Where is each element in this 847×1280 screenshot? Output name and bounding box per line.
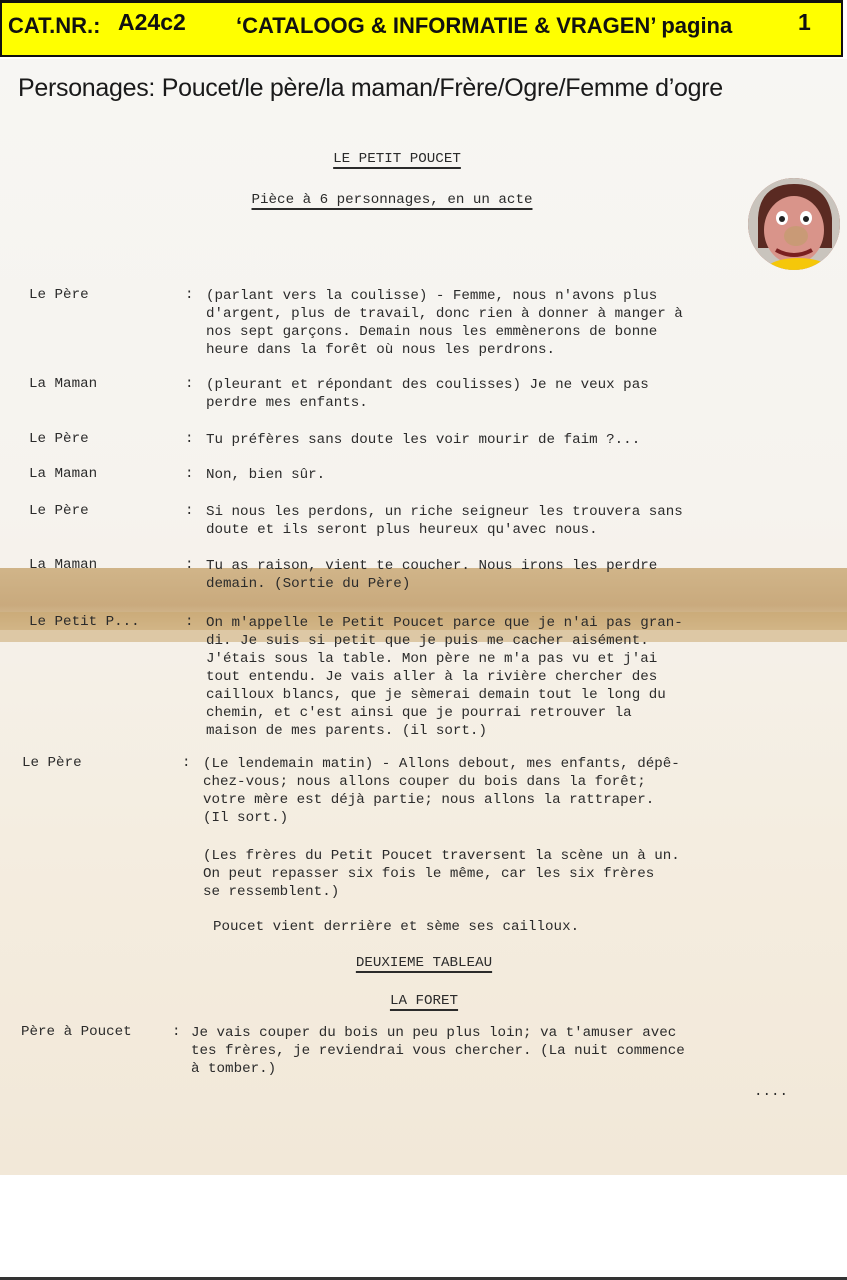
speaker-colon: : bbox=[185, 503, 194, 519]
speaker-name: Le Père bbox=[29, 503, 89, 519]
section-title: DEUXIEME TABLEAU bbox=[0, 955, 847, 971]
dialogue-text: Tu préfères sans doute les voir mourir d… bbox=[206, 431, 816, 449]
catalog-number: A24c2 bbox=[118, 9, 186, 36]
speaker-name: La Maman bbox=[29, 557, 97, 573]
personages-list: Personages: Poucet/le père/la maman/Frèr… bbox=[18, 74, 723, 103]
speaker-colon: : bbox=[185, 287, 194, 303]
catalog-title: ‘CATALOOG & INFORMATIE & VRAGEN’ pagina bbox=[236, 13, 732, 39]
speaker-name: Le Père bbox=[29, 287, 89, 303]
speaker-colon: : bbox=[185, 557, 194, 573]
petit-poucet-mask-icon bbox=[748, 178, 840, 270]
speaker-name: La Maman bbox=[29, 466, 97, 482]
stage-direction-text: Poucet vient derrière et sème ses caillo… bbox=[213, 918, 823, 936]
section-subtitle: LA FORET bbox=[0, 993, 847, 1009]
document-title: LE PETIT POUCET bbox=[0, 151, 794, 167]
speaker-name: La Maman bbox=[29, 376, 97, 392]
dialogue-text: (parlant vers la coulisse) - Femme, nous… bbox=[206, 287, 816, 359]
dialogue-text: Si nous les perdons, un riche seigneur l… bbox=[206, 503, 816, 539]
speaker-name: Le Père bbox=[22, 755, 82, 771]
speaker-colon: : bbox=[172, 1024, 181, 1040]
poucet-portrait-image bbox=[748, 178, 840, 270]
stage-direction-text: (Les frères du Petit Poucet traversent l… bbox=[203, 847, 813, 901]
page-number: 1 bbox=[798, 9, 811, 36]
speaker-colon: : bbox=[185, 431, 194, 447]
dialogue-text: On m'appelle le Petit Poucet parce que j… bbox=[206, 614, 816, 740]
speaker-colon: : bbox=[182, 755, 191, 771]
speaker-colon: : bbox=[185, 466, 194, 482]
speaker-name: Le Père bbox=[29, 431, 89, 447]
speaker-colon: : bbox=[185, 376, 194, 392]
speaker-colon: : bbox=[185, 614, 194, 630]
continuation-ellipsis: .... bbox=[754, 1084, 788, 1100]
dialogue-text: Non, bien sûr. bbox=[206, 466, 816, 484]
dialogue-text: Je vais couper du bois un peu plus loin;… bbox=[191, 1024, 831, 1078]
speaker-name: Le Petit P... bbox=[29, 614, 140, 630]
dialogue-text: Tu as raison, vient te coucher. Nous iro… bbox=[206, 557, 816, 593]
catalog-label: CAT.NR.: bbox=[8, 13, 100, 39]
dialogue-text: (pleurant et répondant des coulisses) Je… bbox=[206, 376, 816, 412]
speaker-name: Père à Poucet bbox=[21, 1024, 132, 1040]
document-subtitle: Pièce à 6 personnages, en un acte bbox=[0, 192, 784, 208]
catalog-header: CAT.NR.: A24c2 ‘CATALOOG & INFORMATIE & … bbox=[0, 0, 843, 57]
dialogue-text: (Le lendemain matin) - Allons debout, me… bbox=[203, 755, 813, 827]
